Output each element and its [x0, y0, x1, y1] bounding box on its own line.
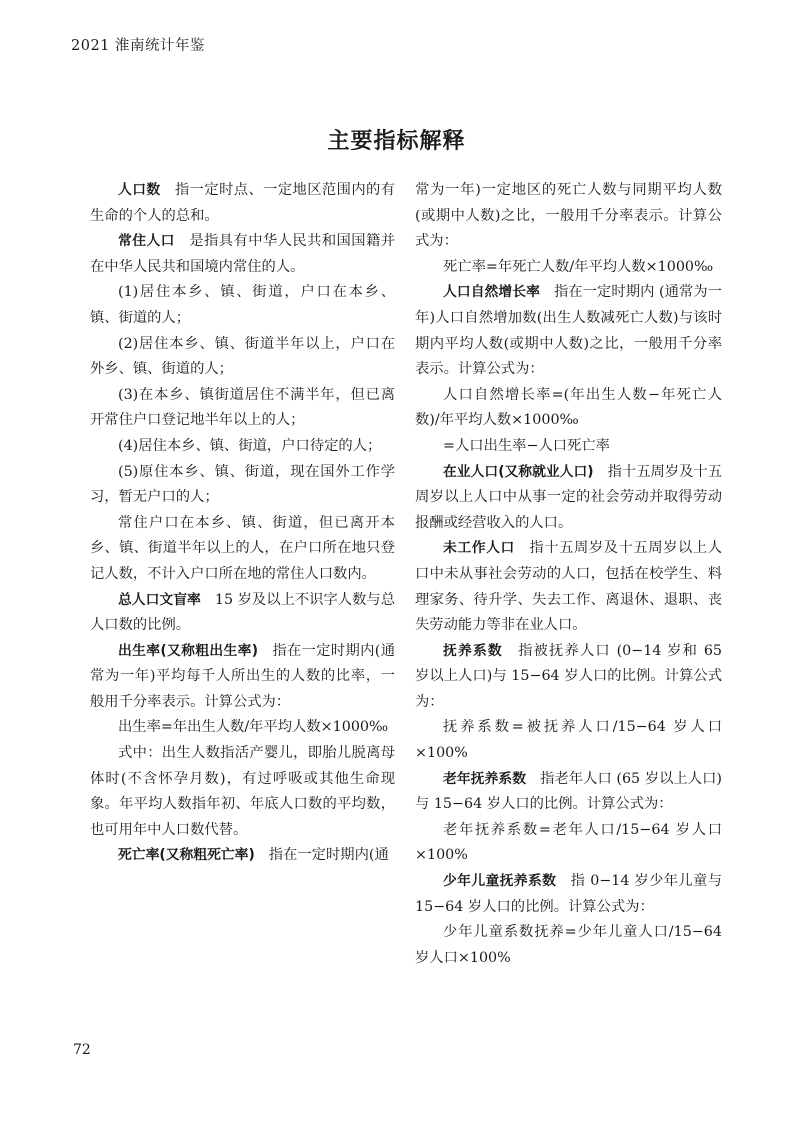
list-item: (2)居住本乡、镇、街道半年以上，户口在外乡、镇、街道的人；	[90, 332, 395, 383]
formula: 老年抚养系数=老年人口/15−64 岁人口×100%	[415, 818, 722, 869]
page-number: 72	[73, 1042, 91, 1058]
term-label: 死亡率(又称粗死亡率)	[118, 847, 255, 863]
list-item: (1)居住本乡、镇、街道，户口在本乡、镇、街道的人；	[90, 280, 395, 331]
definition-paragraph: 抚养系数指被抚养人口 (0−14 岁和 65 岁以上人口)与 15−64 岁人口…	[415, 639, 722, 716]
formula: 人口自然增长率=(年出生人数−年死亡人数)/年平均人数×1000‰	[415, 383, 722, 434]
definition-paragraph: 人口数指一定时点、一定地区范围内的有生命的个人的总和。	[90, 178, 395, 229]
formula: 抚养系数=被抚养人口/15−64 岁人口×100%	[415, 715, 722, 766]
left-column: 人口数指一定时点、一定地区范围内的有生命的个人的总和。 常住人口是指具有中华人民…	[90, 178, 395, 869]
definition-paragraph: 总人口文盲率15 岁及以上不识字人数与总人口数的比例。	[90, 588, 395, 639]
term-label: 总人口文盲率	[118, 592, 201, 608]
list-item: (5)原住本乡、镇、街道，现在国外工作学习，暂无户口的人；	[90, 460, 395, 511]
page-title: 主要指标解释	[0, 124, 793, 155]
definition-text: 指在一定时期内(通	[269, 847, 389, 863]
formula: =人口出生率−人口死亡率	[415, 434, 722, 460]
running-header: 2021 淮南统计年鉴	[71, 34, 205, 55]
right-column: 常为一年)一定地区的死亡人数与同期平均人数(或期中人数)之比，一般用千分率表示。…	[415, 178, 722, 971]
definition-paragraph: 死亡率(又称粗死亡率)指在一定时期内(通	[90, 843, 395, 869]
definition-paragraph: 未工作人口指十五周岁及十五周岁以上人口中未从事社会劳动的人口，包括在校学生、料理…	[415, 536, 722, 638]
definition-paragraph: 出生率(又称粗出生率)指在一定时期内(通常为一年)平均每千人所出生的人数的比率，…	[90, 639, 395, 716]
definition-paragraph: 人口自然增长率指在一定时期内 (通常为一年)人口自然增加数(出生人数减死亡人数)…	[415, 280, 722, 382]
term-label: 出生率(又称粗出生率)	[118, 643, 258, 659]
body-paragraph: 常住户口在本乡、镇、街道，但已离开本乡、镇、街道半年以上的人，在户口所在地只登记…	[90, 511, 395, 588]
term-label: 人口自然增长率	[443, 284, 540, 300]
formula: 死亡率=年死亡人数/年平均人数×1000‰	[415, 255, 722, 281]
definition-paragraph: 老年抚养系数指老年人口 (65 岁以上人口)与 15−64 岁人口的比例。计算公…	[415, 767, 722, 818]
formula: 少年儿童系数抚养=少年儿童人口/15−64 岁人口×100%	[415, 920, 722, 971]
list-item: (3)在本乡、镇街道居住不满半年，但已离开常住户口登记地半年以上的人；	[90, 383, 395, 434]
term-label: 常住人口	[118, 233, 175, 249]
term-label: 老年抚养系数	[443, 771, 526, 787]
continued-paragraph: 常为一年)一定地区的死亡人数与同期平均人数(或期中人数)之比，一般用千分率表示。…	[415, 178, 722, 255]
definition-paragraph: 在业人口(又称就业人口)指十五周岁及十五周岁以上人口中从事一定的社会劳动并取得劳…	[415, 460, 722, 537]
formula: 出生率=年出生人数/年平均人数×1000‰	[90, 715, 395, 741]
term-label: 未工作人口	[443, 540, 515, 556]
term-label: 少年儿童抚养系数	[443, 873, 556, 889]
body-paragraph: 式中：出生人数指活产婴儿，即胎儿脱离母体时(不含怀孕月数)，有过呼吸或其他生命现…	[90, 741, 395, 843]
term-label: 在业人口(又称就业人口)	[443, 464, 594, 480]
term-label: 人口数	[118, 182, 161, 198]
list-item: (4)居住本乡、镇、街道，户口待定的人；	[90, 434, 395, 460]
term-label: 抚养系数	[443, 643, 503, 659]
definition-paragraph: 少年儿童抚养系数指 0−14 岁少年儿童与 15−64 岁人口的比例。计算公式为…	[415, 869, 722, 920]
definition-paragraph: 常住人口是指具有中华人民共和国国籍并在中华人民共和国境内常住的人。	[90, 229, 395, 280]
